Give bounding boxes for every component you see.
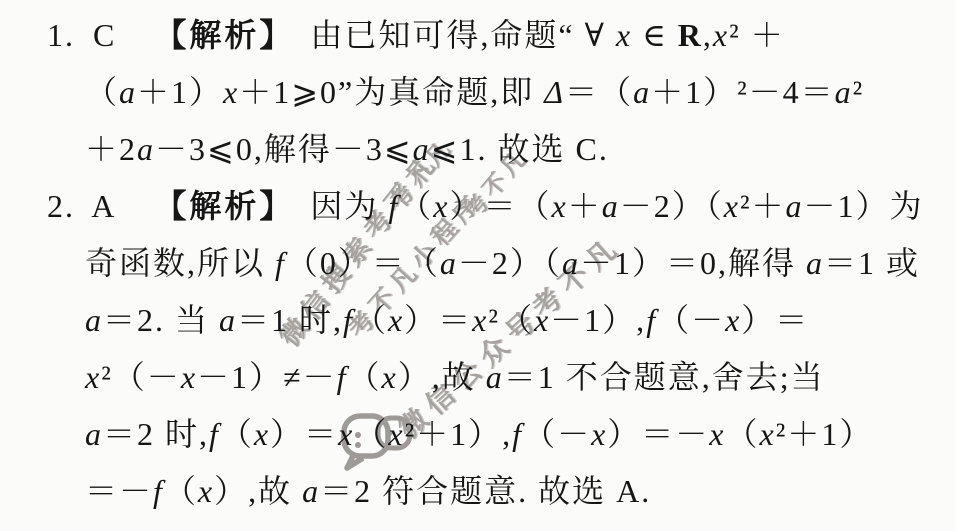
solution-number: 2. bbox=[47, 188, 75, 224]
line-text: ＋2a－3⩽0,解得－3⩽a⩽1. 故选 C. bbox=[85, 131, 609, 167]
line-text: x²（－x－1）≠－f（x）,故 a＝1 不合题意,舍去;当 bbox=[85, 359, 825, 395]
solution-line: 2. A 【解析】 因为 f（x）＝（x＋a－2）（x²＋a－1）为 bbox=[47, 178, 955, 235]
solution-line: 奇函数,所以 f（0）＝（a－2）（a－1）＝0,解得 a＝1 或 bbox=[47, 235, 955, 292]
line-text: 由已知可得,命题“ ∀ x ∈ R,x² ＋ bbox=[310, 17, 784, 53]
solution-line: 1. C 【解析】 由已知可得,命题“ ∀ x ∈ R,x² ＋ bbox=[47, 7, 955, 64]
line-text: ＝－f（x）,故 a＝2 符合题意. 故选 A. bbox=[85, 473, 651, 509]
answer-text: 1. C 【解析】 由已知可得,命题“ ∀ x ∈ R,x² ＋ （a＋1）x＋… bbox=[0, 0, 955, 531]
solution-line: x²（－x－1）≠－f（x）,故 a＝1 不合题意,舍去;当 bbox=[47, 349, 955, 406]
solution-answer: A bbox=[91, 188, 116, 224]
line-text: a＝2 时,f（x）＝x（x²＋1）,f（－x）＝－x（x²＋1） bbox=[85, 416, 873, 452]
line-text: a＝2. 当 a＝1 时,f（x）＝x²（x－1）,f（－x）＝ bbox=[85, 302, 809, 338]
solution-line: a＝2 时,f（x）＝x（x²＋1）,f（－x）＝－x（x²＋1） bbox=[47, 406, 955, 463]
solution-answer: C bbox=[93, 17, 116, 53]
solution-line: ＝－f（x）,故 a＝2 符合题意. 故选 A. bbox=[47, 463, 955, 520]
solution-line: ＋2a－3⩽0,解得－3⩽a⩽1. 故选 C. bbox=[47, 121, 955, 178]
solution-line: a＝2. 当 a＝1 时,f（x）＝x²（x－1）,f（－x）＝ bbox=[47, 292, 955, 349]
analysis-tag: 【解析】 bbox=[154, 17, 294, 53]
solution-1: 1. C 【解析】 由已知可得,命题“ ∀ x ∈ R,x² ＋ （a＋1）x＋… bbox=[47, 7, 955, 178]
solution-number: 1. bbox=[47, 17, 75, 53]
solution-line: （a＋1）x＋1⩾0”为真命题,即 Δ＝（a＋1）²－4＝a² bbox=[47, 64, 955, 121]
line-text: （a＋1）x＋1⩾0”为真命题,即 Δ＝（a＋1）²－4＝a² bbox=[85, 74, 864, 110]
solution-2: 2. A 【解析】 因为 f（x）＝（x＋a－2）（x²＋a－1）为 奇函数,所… bbox=[47, 178, 955, 520]
analysis-tag: 【解析】 bbox=[154, 188, 294, 224]
line-text: 奇函数,所以 f（0）＝（a－2）（a－1）＝0,解得 a＝1 或 bbox=[85, 245, 920, 281]
line-text: 因为 f（x）＝（x＋a－2）（x²＋a－1）为 bbox=[310, 188, 923, 224]
scanned-answer-page: { "document": { "kind": "math-answer-key… bbox=[0, 0, 955, 531]
